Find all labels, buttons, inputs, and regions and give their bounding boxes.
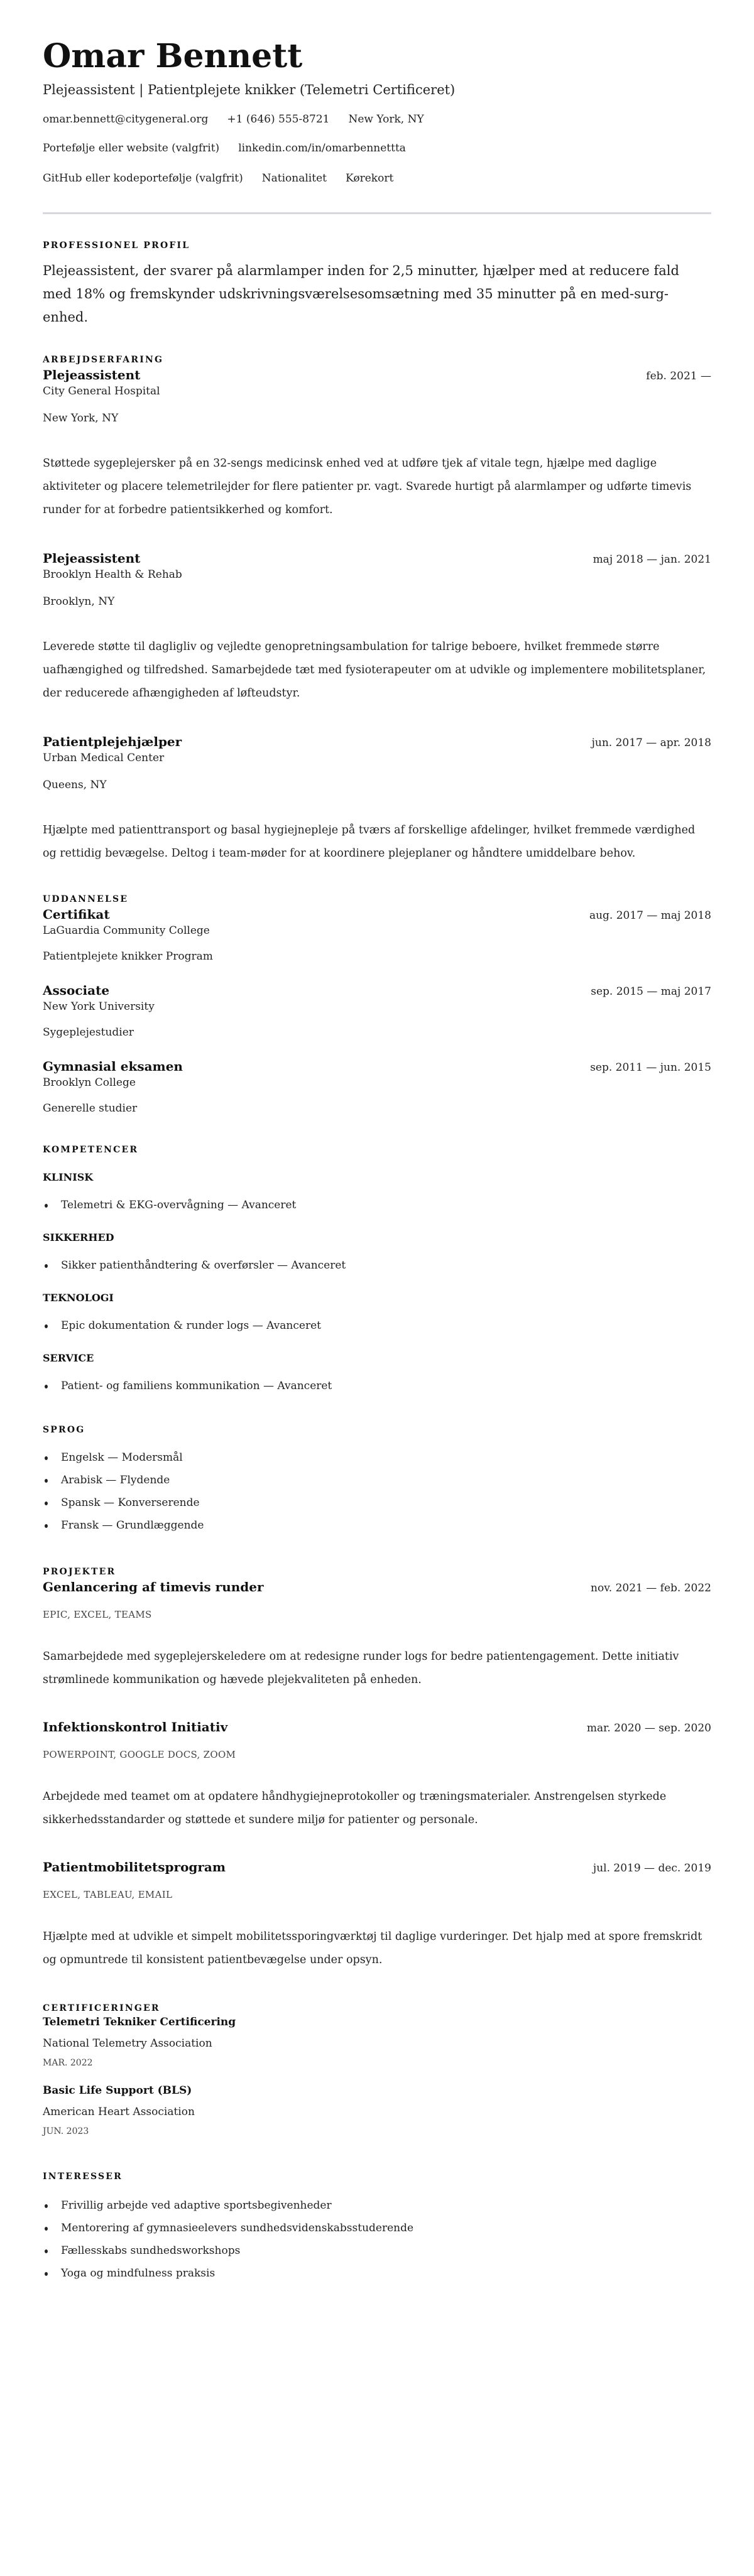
project-description: Hjælpte med at udvikle et simpelt mobili… bbox=[43, 1925, 711, 1972]
certification-entry: Telemetri Tekniker Certificering Nationa… bbox=[43, 2015, 711, 2069]
interest-item: Fællesskabs sundhedsworkshops bbox=[43, 2243, 711, 2258]
project-title: Patientmobilitetsprogram bbox=[43, 1858, 226, 1876]
languages-section: Sprog Engelsk — Modersmål Arabisk — Flyd… bbox=[43, 1424, 711, 1533]
section-title: Kompetencer bbox=[43, 1144, 711, 1156]
language-item: Arabisk — Flydende bbox=[43, 1473, 711, 1488]
certification-name: Basic Life Support (BLS) bbox=[43, 2083, 711, 2098]
education-section: Uddannelse Certifikat aug. 2017 — maj 20… bbox=[43, 893, 711, 1116]
degree-title: Gymnasial eksamen bbox=[43, 1058, 183, 1075]
skill-item: Telemetri & EKG-overvågning — Avanceret bbox=[43, 1198, 711, 1213]
linkedin-link[interactable]: linkedin.com/in/omarbennettta bbox=[238, 141, 406, 156]
skill-item: Sikker patienthåndtering & overførsler —… bbox=[43, 1258, 711, 1273]
job-description: Støttede sygeplejersker på en 32-sengs m… bbox=[43, 452, 711, 522]
experience-entry: Plejeassistent maj 2018 — jan. 2021 Broo… bbox=[43, 549, 711, 705]
section-title: Uddannelse bbox=[43, 893, 711, 906]
education-date: sep. 2011 — jun. 2015 bbox=[590, 1060, 711, 1075]
email-link[interactable]: omar.bennett@citygeneral.org bbox=[43, 112, 208, 127]
phone-link[interactable]: +1 (646) 555-8721 bbox=[227, 112, 329, 127]
education-date: sep. 2015 — maj 2017 bbox=[591, 984, 711, 999]
project-tech: EXCEL, TABLEAU, EMAIL bbox=[43, 1888, 711, 1902]
profile-section: Professionel profil Plejeassistent, der … bbox=[43, 239, 711, 329]
experience-entry: Plejeassistent feb. 2021 — City General … bbox=[43, 366, 711, 522]
portfolio-link[interactable]: Portefølje eller website (valgfrit) bbox=[43, 141, 219, 156]
skills-section: Kompetencer KLINISK Telemetri & EKG-over… bbox=[43, 1144, 711, 1394]
location-text: New York, NY bbox=[348, 112, 423, 127]
certification-entry: Basic Life Support (BLS) American Heart … bbox=[43, 2083, 711, 2138]
job-location: New York, NY bbox=[43, 411, 711, 426]
certifications-section: Certificeringer Telemetri Tekniker Certi… bbox=[43, 2002, 711, 2138]
language-item: Engelsk — Modersmål bbox=[43, 1450, 711, 1465]
project-entry: Genlancering af timevis runder nov. 2021… bbox=[43, 1578, 711, 1692]
nationality-text: Nationalitet bbox=[262, 171, 327, 186]
experience-entry: Patientplejehjælper jun. 2017 — apr. 201… bbox=[43, 733, 711, 865]
header-divider bbox=[43, 212, 711, 214]
field-of-study: Patientplejete knikker Program bbox=[43, 949, 711, 964]
section-title: Interesser bbox=[43, 2170, 711, 2183]
school-name: LaGuardia Community College bbox=[43, 923, 711, 938]
section-title: Professionel profil bbox=[43, 239, 711, 252]
job-title: Plejeassistent bbox=[43, 549, 140, 567]
school-name: Brooklyn College bbox=[43, 1075, 711, 1090]
skill-group: KLINISK Telemetri & EKG-overvågning — Av… bbox=[43, 1170, 711, 1213]
section-title: Certificeringer bbox=[43, 2002, 711, 2015]
candidate-headline: Plejeassistent | Patientplejete knikker … bbox=[43, 80, 711, 99]
job-location: Brooklyn, NY bbox=[43, 594, 711, 609]
job-employer: City General Hospital bbox=[43, 384, 711, 399]
skill-group: SIKKERHED Sikker patienthåndtering & ove… bbox=[43, 1230, 711, 1273]
interest-item: Mentorering af gymnasieelevers sundhedsv… bbox=[43, 2221, 711, 2236]
field-of-study: Generelle studier bbox=[43, 1101, 711, 1116]
contact-row: GitHub eller kodeportefølje (valgfrit) N… bbox=[43, 171, 711, 186]
candidate-name: Omar Bennett bbox=[43, 36, 711, 77]
certification-date: JUN. 2023 bbox=[43, 2125, 711, 2138]
certification-date: MAR. 2022 bbox=[43, 2057, 711, 2069]
job-location: Queens, NY bbox=[43, 777, 711, 793]
field-of-study: Sygeplejestudier bbox=[43, 1025, 711, 1040]
job-employer: Brooklyn Health & Rehab bbox=[43, 567, 711, 582]
project-title: Infektionskontrol Initiativ bbox=[43, 1718, 227, 1736]
education-date: aug. 2017 — maj 2018 bbox=[589, 908, 711, 923]
section-title: Projekter bbox=[43, 1566, 711, 1578]
education-entry: Certifikat aug. 2017 — maj 2018 LaGuardi… bbox=[43, 906, 711, 964]
project-date: jul. 2019 — dec. 2019 bbox=[593, 1861, 711, 1876]
job-description: Hjælpte med patienttransport og basal hy… bbox=[43, 819, 711, 865]
skill-group: TEKNOLOGI Epic dokumentation & runder lo… bbox=[43, 1291, 711, 1333]
project-date: mar. 2020 — sep. 2020 bbox=[587, 1721, 711, 1736]
project-entry: Infektionskontrol Initiativ mar. 2020 — … bbox=[43, 1718, 711, 1832]
project-entry: Patientmobilitetsprogram jul. 2019 — dec… bbox=[43, 1858, 711, 1972]
education-entry: Associate sep. 2015 — maj 2017 New York … bbox=[43, 982, 711, 1040]
project-title: Genlancering af timevis runder bbox=[43, 1578, 264, 1596]
interest-item: Yoga og mindfulness praksis bbox=[43, 2266, 711, 2281]
projects-section: Projekter Genlancering af timevis runder… bbox=[43, 1566, 711, 1972]
certification-name: Telemetri Tekniker Certificering bbox=[43, 2015, 711, 2030]
certification-issuer: National Telemetry Association bbox=[43, 2036, 711, 2051]
certification-issuer: American Heart Association bbox=[43, 2104, 711, 2119]
skill-category: KLINISK bbox=[43, 1170, 711, 1185]
skill-category: TEKNOLOGI bbox=[43, 1291, 711, 1306]
project-description: Samarbejdede med sygeplejerskeledere om … bbox=[43, 1645, 711, 1692]
resume-page: Omar Bennett Plejeassistent | Patientple… bbox=[0, 0, 754, 2281]
contact-row: Portefølje eller website (valgfrit) link… bbox=[43, 141, 711, 156]
language-item: Fransk — Grundlæggende bbox=[43, 1518, 711, 1533]
project-date: nov. 2021 — feb. 2022 bbox=[591, 1581, 711, 1596]
experience-section: Arbejdserfaring Plejeassistent feb. 2021… bbox=[43, 354, 711, 865]
job-date: jun. 2017 — apr. 2018 bbox=[592, 735, 711, 750]
skill-category: SERVICE bbox=[43, 1351, 711, 1366]
drivers-license-text: Kørekort bbox=[346, 171, 393, 186]
job-description: Leverede støtte til dagligliv og vejledt… bbox=[43, 636, 711, 705]
skill-item: Epic dokumentation & runder logs — Avanc… bbox=[43, 1318, 711, 1333]
job-title: Plejeassistent bbox=[43, 366, 140, 384]
job-title: Patientplejehjælper bbox=[43, 733, 182, 750]
education-entry: Gymnasial eksamen sep. 2011 — jun. 2015 … bbox=[43, 1058, 711, 1116]
job-date: maj 2018 — jan. 2021 bbox=[593, 552, 711, 567]
project-description: Arbejdede med teamet om at opdatere hånd… bbox=[43, 1785, 711, 1832]
project-tech: EPIC, EXCEL, TEAMS bbox=[43, 1608, 711, 1621]
interests-section: Interesser Frivillig arbejde ved adaptiv… bbox=[43, 2170, 711, 2281]
skill-category: SIKKERHED bbox=[43, 1230, 711, 1245]
degree-title: Certifikat bbox=[43, 906, 110, 923]
contact-row: omar.bennett@citygeneral.org +1 (646) 55… bbox=[43, 112, 711, 127]
job-date: feb. 2021 — bbox=[646, 369, 711, 384]
profile-summary: Plejeassistent, der svarer på alarmlampe… bbox=[43, 259, 711, 329]
project-tech: POWERPOINT, GOOGLE DOCS, ZOOM bbox=[43, 1748, 711, 1762]
github-link[interactable]: GitHub eller kodeportefølje (valgfrit) bbox=[43, 171, 243, 186]
degree-title: Associate bbox=[43, 982, 109, 999]
section-title: Sprog bbox=[43, 1424, 711, 1436]
school-name: New York University bbox=[43, 999, 711, 1014]
skill-group: SERVICE Patient- og familiens kommunikat… bbox=[43, 1351, 711, 1394]
skill-item: Patient- og familiens kommunikation — Av… bbox=[43, 1378, 711, 1394]
section-title: Arbejdserfaring bbox=[43, 354, 711, 366]
resume-header: Omar Bennett Plejeassistent | Patientple… bbox=[43, 36, 711, 214]
language-item: Spansk — Konverserende bbox=[43, 1495, 711, 1510]
interest-item: Frivillig arbejde ved adaptive sportsbeg… bbox=[43, 2198, 711, 2213]
job-employer: Urban Medical Center bbox=[43, 750, 711, 766]
